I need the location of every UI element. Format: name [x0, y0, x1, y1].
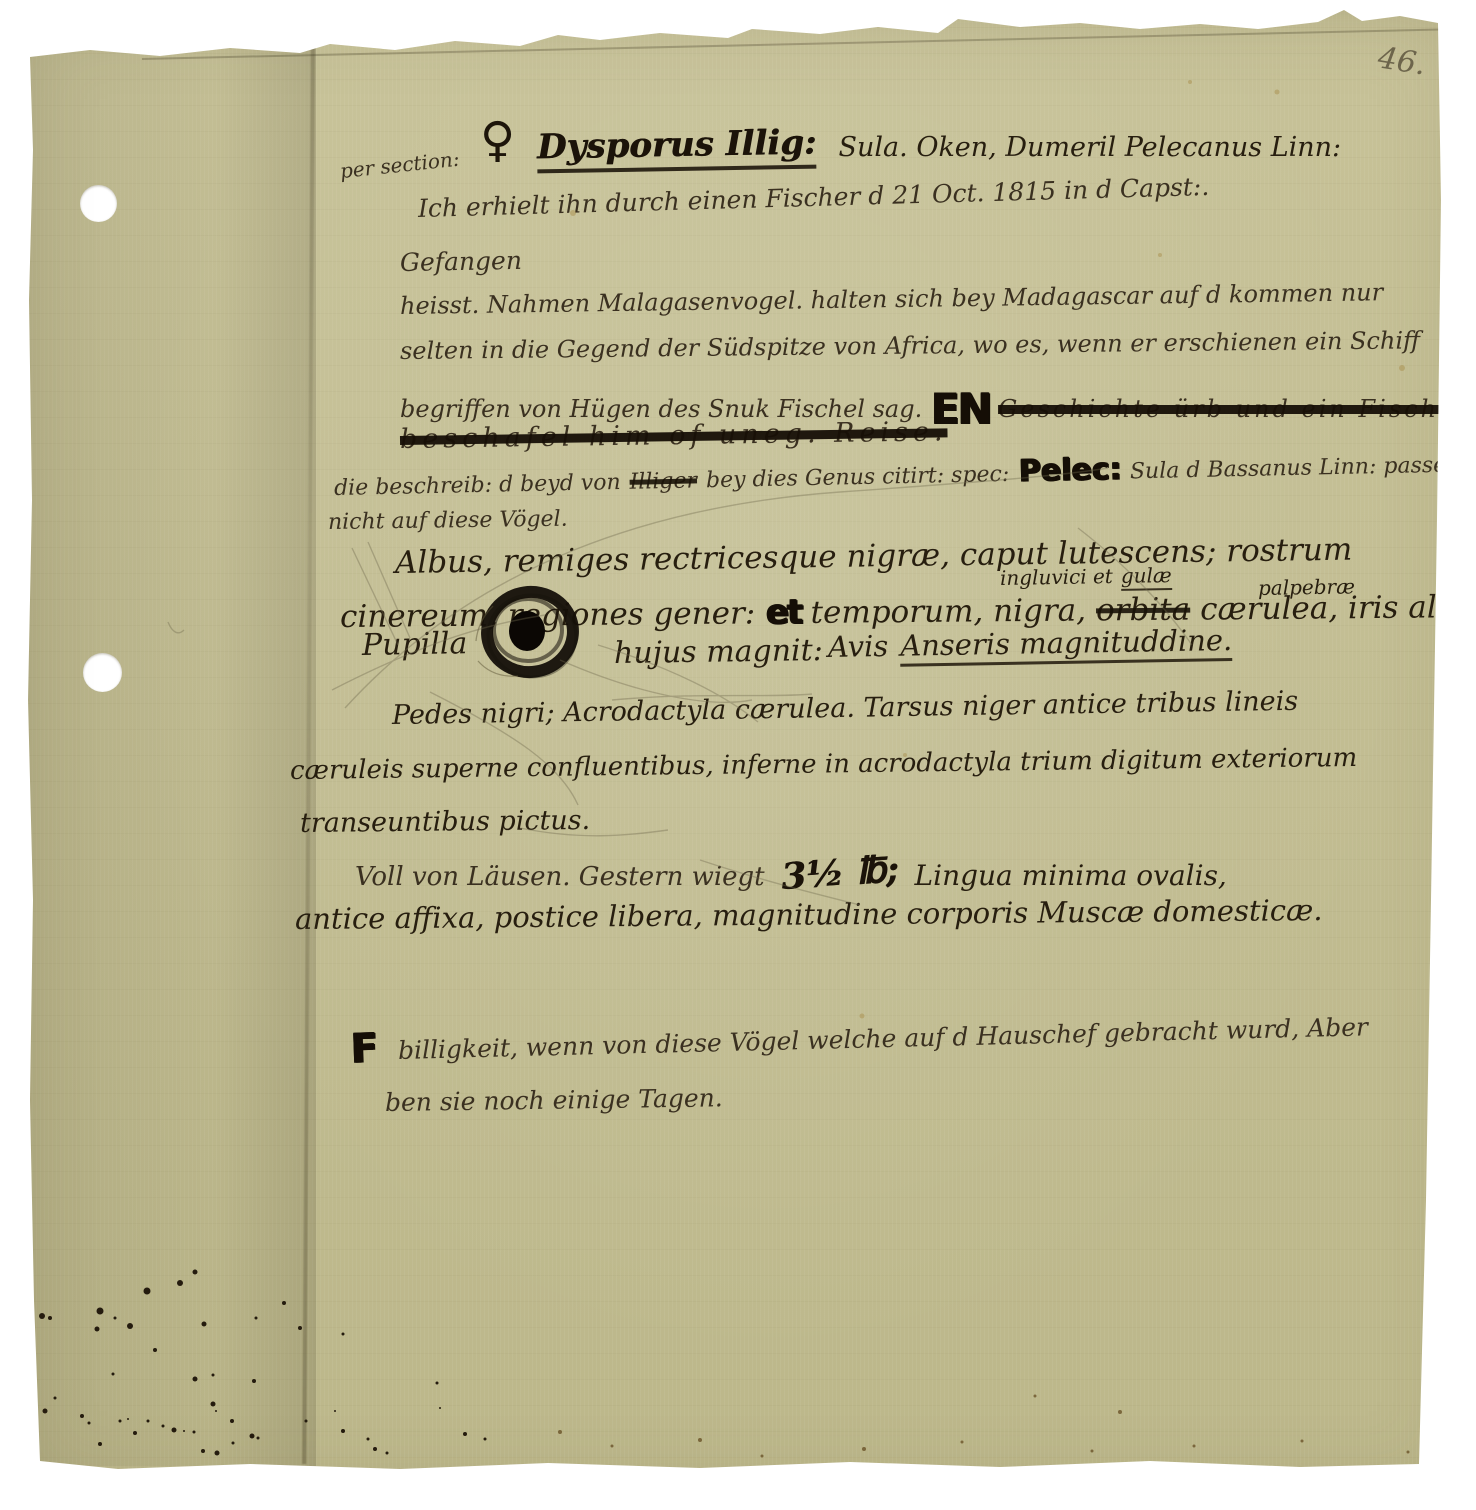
- insert-underlined: gulæ: [1121, 563, 1172, 591]
- citation-struck-illiger: Illiger: [629, 468, 697, 494]
- pupilla-note: hujus magnit:: [614, 633, 823, 671]
- feet-line-3: transeuntibus pictus.: [300, 805, 590, 839]
- size-word-avis: Avis: [828, 629, 889, 664]
- feet-line-2: cæruleis superne confluentibus, inferne …: [290, 743, 1358, 786]
- pupilla-label: Pupilla: [362, 626, 468, 663]
- note-struck-line-2: beschafel him of uneg. Reise.: [400, 416, 948, 455]
- weight-value: 3½ ℔;: [779, 848, 900, 898]
- female-symbol: ♀: [480, 112, 515, 168]
- citation-bold-species: Pelec:: [1018, 452, 1121, 489]
- latin-line2-b: temporum, nigra,: [810, 592, 1086, 630]
- citation-pre: die beschreib: d beyd von: [334, 470, 621, 501]
- footnote-marker: F: [349, 1025, 376, 1072]
- weight-post: Lingua minima ovalis,: [915, 859, 1227, 892]
- note-range-line: selten in die Gegend der Südspitze von A…: [400, 326, 1420, 365]
- citation-mid: bey dies Genus citirt: spec:: [706, 462, 1010, 493]
- punch-hole-bottom: [83, 653, 122, 692]
- section-label: per section:: [339, 147, 461, 183]
- size-underlined: Anseris magnituddine.: [900, 623, 1233, 667]
- insert-text: ingluvici et: [1000, 564, 1113, 590]
- struck-text-1: Geschichte ürb und ein Fischerweise ge: [998, 395, 1476, 423]
- note-name-line: heisst. Nahmen Malagasenvogel. halten si…: [400, 278, 1383, 320]
- latin-line-1: Albus, remiges rectricesque nigræ, caput…: [395, 532, 1353, 581]
- genus-title: Dysporus Illig:: [537, 123, 817, 174]
- synonym-names: Sula. Oken, Dumeril Pelecanus Linn:: [839, 132, 1342, 163]
- weight-line: Voll von Läusen. Gestern wiegt 3½ ℔; Lin…: [355, 852, 1227, 894]
- footnote-line-2: ben sie noch einige Tagen.: [385, 1083, 723, 1117]
- citation-post: Sula d Bassanus Linn: passen: [1130, 452, 1461, 484]
- header-line: per section: ♀ Dysporus Illig: Sula. Oke…: [338, 112, 1341, 171]
- latin-line2-c: cærulea, iris alba.: [1200, 589, 1476, 627]
- footnote-line-1: billigkeit, wenn von diese Vögel welche …: [398, 1012, 1369, 1065]
- latin-line2-blot: et: [765, 592, 801, 632]
- manuscript-page: 46. per section: ♀ Dysporus Illig: Sula.…: [0, 0, 1476, 1510]
- left-panel-shading: [28, 28, 316, 1466]
- citation-line-2: nicht auf diese Vögel.: [328, 507, 568, 535]
- punch-hole-top: [80, 185, 117, 222]
- torn-top-edge-line: [142, 29, 1440, 60]
- note-received: Ich erhielt ihn durch einen Fischer d 21…: [418, 172, 1210, 223]
- fold-crease: [302, 26, 315, 1464]
- eye-drawing: [448, 566, 618, 706]
- feet-line-1: Pedes nigri; Acrodactyla cærulea. Tarsus…: [392, 686, 1299, 731]
- size-note: Avis Anseris magnituddine.: [828, 623, 1233, 668]
- page-number: 46.: [1376, 40, 1429, 82]
- latin-line2-struck-orbita: orbita: [1096, 592, 1190, 629]
- weight-pre: Voll von Läusen. Gestern wiegt: [355, 862, 765, 892]
- note-captured: Gefangen: [400, 246, 522, 277]
- tongue-line: antice affixa, postice libera, magnitudi…: [295, 893, 1323, 936]
